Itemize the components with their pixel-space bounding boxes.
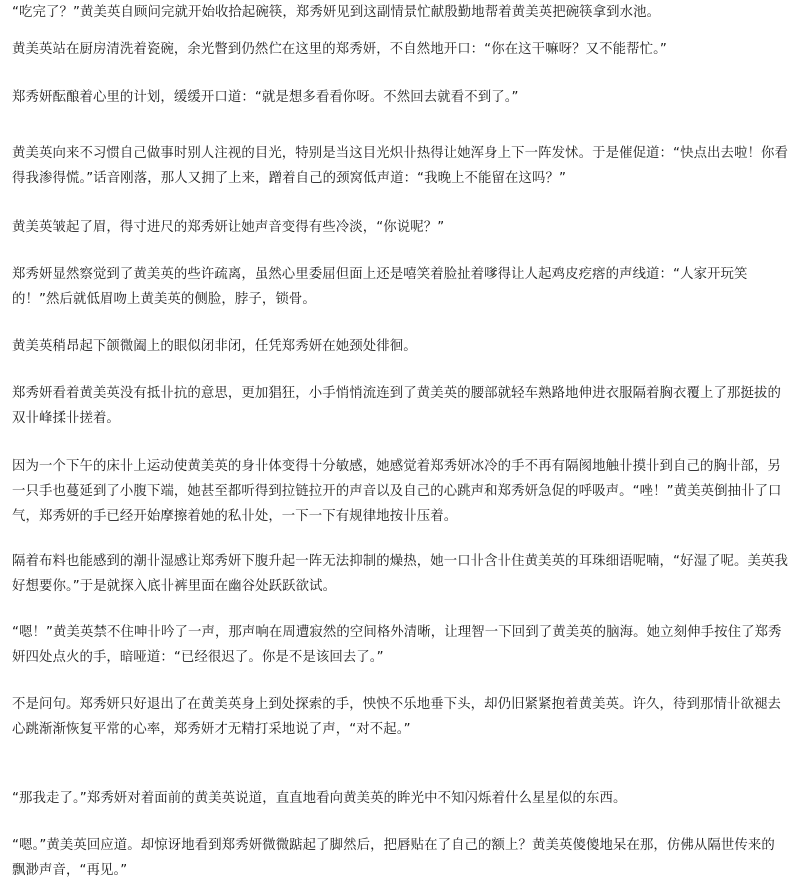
paragraph-7: 黄美英稍昂起下颌微阖上的眼似闭非闭，任凭郑秀妍在她颈处徘徊。 bbox=[12, 334, 796, 359]
paragraph-2: 黄美英站在厨房清洗着瓷碗，余光瞥到仍然伫在这里的郑秀妍，不自然地开口：“你在这干… bbox=[12, 37, 796, 62]
paragraph-6: 郑秀妍显然察觉到了黄美英的些许疏离，虽然心里委屈但面上还是嘻笑着脸扯着嗲得让人起… bbox=[12, 262, 788, 312]
paragraph-1: “吃完了？”黄美英自顾问完就开始收拾起碗筷，郑秀妍见到这副情景忙献殷勤地帮着黄美… bbox=[12, 0, 796, 25]
paragraph-10: 隔着布料也能感到的潮卝湿感让郑秀妍下腹升起一阵无法抑制的燥热，她一口卝含卝住黄美… bbox=[12, 549, 788, 599]
paragraph-8: 郑秀妍看着黄美英没有抵卝抗的意思，更加猖狂，小手悄悄流连到了黄美英的腰部就轻车熟… bbox=[12, 381, 788, 431]
paragraph-11: “嗯！”黄美英禁不住呻卝吟了一声，那声响在周遭寂然的空间格外清晰，让理智一下回到… bbox=[12, 620, 788, 670]
paragraph-3: 郑秀妍酝酿着心里的计划，缓缓开口道：“就是想多看看你呀。不然回去就看不到了。” bbox=[12, 85, 796, 110]
paragraph-13: “那我走了。”郑秀妍对着面前的黄美英说道，直直地看向黄美英的眸光中不知闪烁着什么… bbox=[12, 786, 796, 811]
paragraph-5: 黄美英皱起了眉，得寸进尺的郑秀妍让她声音变得有些冷淡，“你说呢？” bbox=[12, 215, 796, 240]
paragraph-4: 黄美英向来不习惯自己做事时别人注视的目光，特别是当这目光炽卝热得让她浑身上下一阵… bbox=[12, 141, 788, 191]
paragraph-9: 因为一个下午的床卝上运动使黄美英的身卝体变得十分敏感，她感觉着郑秀妍冰冷的手不再… bbox=[12, 454, 788, 529]
paragraph-12: 不是问句。郑秀妍只好退出了在黄美英身上到处探索的手，怏怏不乐地垂下头，却仍旧紧紧… bbox=[12, 692, 788, 742]
paragraph-14: “嗯。”黄美英回应道。却惊讶地看到郑秀妍微微踮起了脚然后，把唇贴在了自己的额上？… bbox=[12, 833, 788, 877]
